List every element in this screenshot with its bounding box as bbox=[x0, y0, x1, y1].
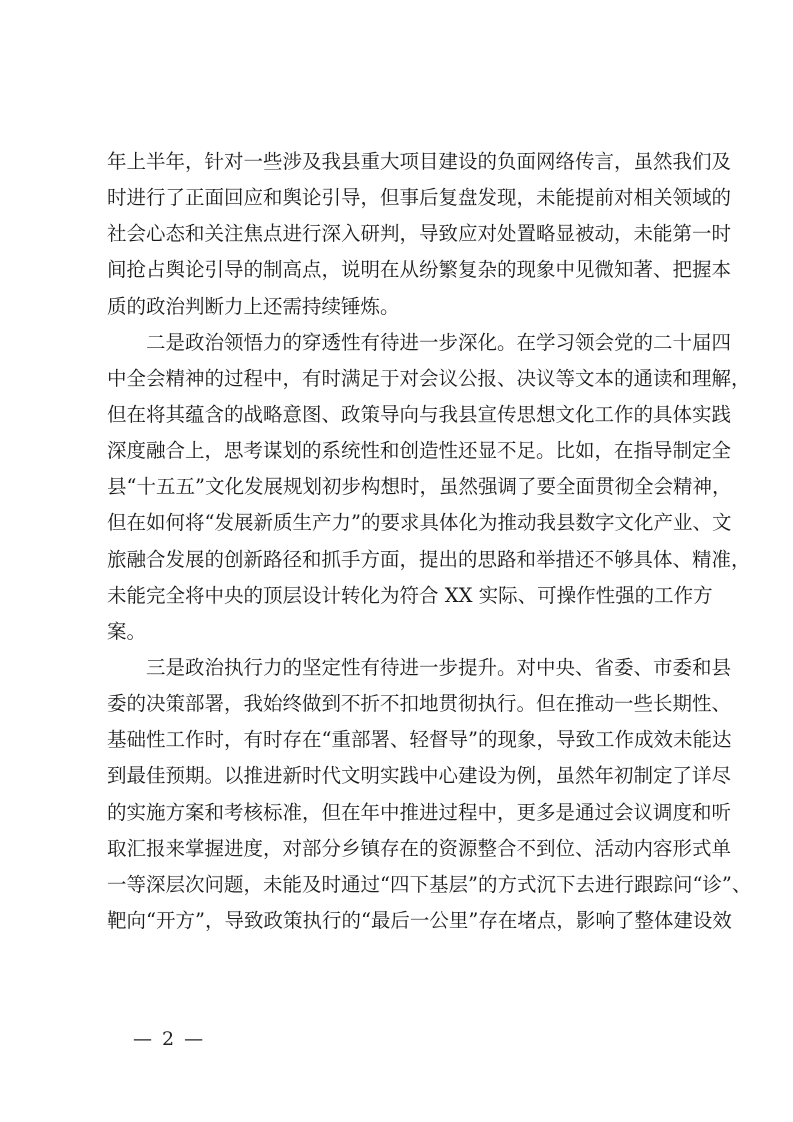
paragraph-heading-line: 三是政治执行力的坚定性有待进一步提升。对中央、省委、市委和县 bbox=[107, 650, 695, 686]
paragraph-heading-line: 二是政治领悟力的穿透性有待进一步深化。在学习领会党的二十届四 bbox=[107, 325, 695, 361]
text-line: 案。 bbox=[107, 614, 695, 650]
text-line: 到最佳预期。以推进新时代文明实践中心建设为例，虽然年初制定了详尽 bbox=[107, 758, 695, 794]
text-line: 中全会精神的过程中，有时满足于对会议公报、决议等文本的通读和理解， bbox=[107, 361, 695, 397]
body-text: 年上半年，针对一些涉及我县重大项目建设的负面网络传言，虽然我们及 时进行了正面回… bbox=[107, 144, 695, 939]
text-line: 间抢占舆论引导的制高点，说明在从纷繁复杂的现象中见微知著、把握本 bbox=[107, 252, 695, 288]
text-line: 基础性工作时，有时存在“重部署、轻督导”的现象，导致工作成效未能达 bbox=[107, 722, 695, 758]
text-line: 旅融合发展的创新路径和抓手方面，提出的思路和举措还不够具体、精准， bbox=[107, 542, 695, 578]
document-page: 年上半年，针对一些涉及我县重大项目建设的负面网络传言，虽然我们及 时进行了正面回… bbox=[0, 0, 793, 1122]
page-number: — 2 — bbox=[133, 1027, 205, 1051]
text-line: 一等深层次问题，未能及时通过“四下基层”的方式沉下去进行跟踪问“诊”、 bbox=[107, 867, 695, 903]
text-line: 的实施方案和考核标准，但在年中推进过程中，更多是通过会议调度和听 bbox=[107, 795, 695, 831]
text-line: 社会心态和关注焦点进行深入研判，导致应对处置略显被动，未能第一时 bbox=[107, 216, 695, 252]
text-line: 县“十五五”文化发展规划初步构想时，虽然强调了要全面贯彻全会精神， bbox=[107, 469, 695, 505]
text-line: 未能完全将中央的顶层设计转化为符合 XX 实际、可操作性强的工作方 bbox=[107, 578, 695, 614]
text-line: 时进行了正面回应和舆论引导，但事后复盘发现，未能提前对相关领域的 bbox=[107, 180, 695, 216]
text-line: 但在将其蕴含的战略意图、政策导向与我县宣传思想文化工作的具体实践 bbox=[107, 397, 695, 433]
text-line: 靶向“开方”，导致政策执行的“最后一公里”存在堵点，影响了整体建设效 bbox=[107, 903, 695, 939]
text-line: 年上半年，针对一些涉及我县重大项目建设的负面网络传言，虽然我们及 bbox=[107, 144, 695, 180]
text-line: 深度融合上，思考谋划的系统性和创造性还显不足。比如，在指导制定全 bbox=[107, 433, 695, 469]
text-line: 但在如何将“发展新质生产力”的要求具体化为推动我县数字文化产业、文 bbox=[107, 505, 695, 541]
text-line: 委的决策部署，我始终做到不折不扣地贯彻执行。但在推动一些长期性、 bbox=[107, 686, 695, 722]
text-line: 取汇报来掌握进度，对部分乡镇存在的资源整合不到位、活动内容形式单 bbox=[107, 831, 695, 867]
text-line: 质的政治判断力上还需持续锤炼。 bbox=[107, 289, 695, 325]
